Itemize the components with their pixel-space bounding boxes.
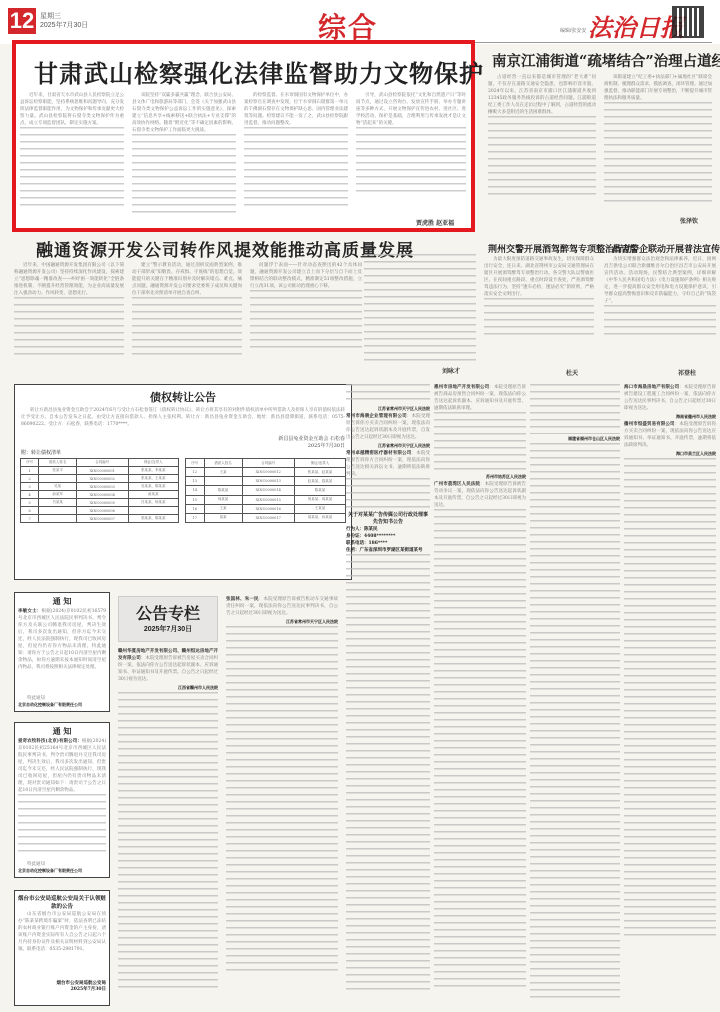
bulletin-col-5: 福建省福州市仓山区人民法院 (530, 384, 620, 1008)
right-top-article-title: 南京江浦街道“疏堵结合”治理占道经营 (492, 50, 720, 71)
lead-article-col-2: 该院坚持“双赢多赢共赢”理念，联合县公安局、县文体广电和旅游局等部门，会签《关于… (132, 92, 236, 228)
right-top-article-col-2: 该街道建立“纪工委+执法部门+属地社区”联席会商机制，梳理群众需求，摸底调查，闭… (604, 74, 712, 214)
table-row: 6XINC0000006 (21, 507, 179, 515)
debt-notice-title: 债权转让公告 (15, 389, 351, 405)
bulletin-col-4: 惠州市房地产开发有限公司：本院受理原告诉被告商品房预售合同纠纷一案，现依法向你公… (434, 384, 526, 1008)
bulletin-title: 公告专栏 (119, 601, 217, 624)
bulletin-col-3: 江苏省常州市天宁区人民法院 常州市海晨企业管理有限公司：本院受理原告诉你方买卖合… (346, 384, 430, 1008)
debt-notice-signature: 新昌县兔业资金互助会 石松春 (15, 435, 351, 442)
changji-article-byline: 祁登柱 (678, 368, 696, 377)
table-row: 17周某XINC0000017周某某、孙某某 (186, 513, 346, 522)
bulletin-col-1: 赣州华夏房地产开发有限公司、赣州恒达房地产开发有限公司：本院受理原告诉被告房屋买… (118, 648, 218, 1008)
mid-left-article-byline: 刘咏才 (442, 366, 460, 375)
debt-table-left: 序号借款人姓名合同编号保证/连带人 1张某平XINC0000001张某某、李某某… (20, 458, 179, 523)
debt-transfer-notice[interactable]: 债权转让公告 转让方新昌县兔业资金互助会于2024年6月与受让方石松春签订《债权… (14, 384, 352, 580)
mid-left-article-title: 融通资源开发公司转作风提效能推动高质量发展 (36, 236, 414, 261)
notice-title: 通 知 (15, 726, 109, 737)
issue-date: 2025年7月30日 (40, 21, 88, 30)
table-row: 1张某平XINC0000001张某某、李某某 (21, 467, 179, 475)
lead-article-col-4: 引导，武山县检察院依托“文化和自然遗产日”等时间节点，通过设立咨询台、发放宣传手… (356, 92, 466, 218)
mid-left-article-col-1: 近年来，中国融通资源开发集团有限公司（以下简称融通资源开发公司）坚持持续深化作风… (14, 262, 124, 380)
debt-notice-body: 转让方新昌县兔业资金互助会于2024年6月与受让方石松春签订《债权转让协议》，转… (15, 405, 351, 435)
debt-notice-date: 2025年7月30日 (15, 442, 351, 449)
bulletin-col-6: 海口市海垦房地产有限公司：本院受理原告诉被告建设工程施工合同纠纷一案，依法向你方… (624, 384, 716, 1008)
lead-article-col-1: 近年来，甘肃省天水市武山县人民检察院立足公益诉讼检察职能，坚持系统思维和问题导向… (20, 92, 124, 228)
table-row: 4俞某军XINC0000004俞某某 (21, 491, 179, 499)
changji-article-body: 为切实增强群众法治观念和法律素养，近日，国网昌吉供电公司联合新疆维吾尔自治区昌吉… (604, 256, 716, 368)
qr-code-icon[interactable] (672, 6, 704, 38)
table-row: 7XINC0000007梁某某、陈某某 (21, 515, 179, 523)
notice-yantai-police[interactable]: 烟台市公安局巡航公安局关于认领赃款的公告 山东省烟台市公安局巡航公安局在侦办“陈… (14, 890, 110, 1006)
table-row: 12王某XINC0000012张某某、赵某某 (186, 468, 346, 477)
table-row: 13XINC0000013赵某某、钱某某 (186, 477, 346, 486)
mid-left-article-col-3: 问题浮于表面——针对动态查摆出的42个具体问题，融通资源开发公司建立自上而下分层… (250, 262, 362, 380)
bulletin-item[interactable]: 广州市荔湾区人民法院：本院受理原告诉被告劳动争议一案，现依法向你公告送达起诉状副… (434, 481, 526, 509)
mid-left-article[interactable]: 融通资源开发公司转作风提效能推动高质量发展 近年来，中国融通资源开发集团有限公司… (12, 236, 362, 382)
bulletin-header: 公告专栏 2025年7月30日 (118, 596, 218, 642)
admin-notice[interactable]: 关于对某某广告传媒公司行政处理事先告知书公告 行为人：陈某民 身份证：4408*… (346, 512, 430, 554)
notice-title: 烟台市公安局巡航公安局关于认领赃款的公告 (17, 894, 107, 910)
notice-date: 2025年7月30日 (15, 986, 109, 992)
table-row: 3吴某XINC0000003吴某某、陈某某 (21, 483, 179, 491)
lead-article-highlight[interactable]: 甘肃武山检察强化法律监督助力文物保护 近年来，甘肃省天水市武山县人民检察院立足公… (12, 40, 475, 232)
jingzhou-article-byline: 杜天 (566, 368, 578, 377)
bulletin-item[interactable]: 赣州华夏房地产开发有限公司、赣州恒达房地产开发有限公司：本院受理原告诉被告房屋买… (118, 648, 218, 683)
bulletin-col-2: 张国林、朱一民：本院受理原告诉被告机动车交通事故责任纠纷一案，现依法向你公告送达… (226, 596, 338, 1008)
bulletin-item[interactable]: 张国林、朱一民：本院受理原告诉被告机动车交通事故责任纠纷一案，现依法向你公告送达… (226, 596, 338, 617)
bulletin-item[interactable]: 常州市海晨企业管理有限公司：本院受理原告诉你方买卖合同纠纷一案，现依法向你公告送… (346, 413, 430, 441)
lead-article-col-3: 的检察监督。在水帘洞国有文物保护单位中，办案检察官在调查中发现，位于水帘洞石窟群… (244, 92, 348, 228)
right-top-article-col-1: 占道经营一直以来都是城市管理的“老大难”问题，不仅存在道路交通安全隐患，也影响市… (488, 74, 596, 224)
notice-aiqi-nongmu[interactable]: 通 知 爱奇农牧科技(北京)有限公司：根据(2024)京0102民初25164号… (14, 722, 110, 878)
right-top-article-byline: 张泽钦 (680, 216, 698, 225)
weekday: 星期三 (40, 12, 88, 21)
jingzhou-article-title: 荆州交警开展酒驾醉驾专项整治行动 (488, 242, 632, 255)
jingzhou-article-body: 为最大限度预防道路交通事故发生，切实保障群众出行安全，连日来，湖北省荆州市公安局… (484, 256, 594, 368)
lead-article-title: 甘肃武山检察强化法律监督助力文物保护 (34, 54, 484, 89)
mid-left-article-col-4 (364, 254, 476, 364)
editor-credit: 编辑/张安安 (560, 27, 586, 34)
bulletin-item[interactable]: 常州卓越精密医疗器材有限公司：本院受理原告诉你方合同纠纷一案，现依法向你公告送达… (346, 450, 430, 478)
notice-li-min[interactable]: 通 知 李敏女士：根据(2024)京0102民初16579号北京市西城区人民法院… (14, 592, 110, 712)
notice-signer: 北京自动化控制设备厂有限责任公司 (15, 702, 109, 708)
page-number: 12 (8, 8, 36, 34)
right-top-article[interactable]: 南京江浦街道“疏堵结合”治理占道经营 占道经营一直以来都是城市管理的“老大难”问… (484, 44, 714, 230)
bulletin-item[interactable]: 惠州市房地产开发有限公司：本院受理原告诉被告商品房预售合同纠纷一案，现依法向你公… (434, 384, 526, 412)
bulletin-item[interactable]: 儋州市恒盛贸易有限公司：本院受理原告诉你方买卖合同纠纷一案，现依法向你公告送达应… (624, 421, 716, 449)
bulletin-date: 2025年7月30日 (119, 624, 217, 634)
lead-article-byline: 贾虎胜 赵亚福 (416, 218, 454, 227)
bulletin-item[interactable]: 海口市海垦房地产有限公司：本院受理原告诉被告建设工程施工合同纠纷一案，依法向你方… (624, 384, 716, 412)
issue-info: 星期三 2025年7月30日 (40, 12, 88, 30)
table-row: 16王某XINC0000016王某某 (186, 504, 346, 513)
notice-title: 通 知 (15, 596, 109, 607)
newspaper-logo: 法治日报 (588, 8, 684, 43)
mid-left-article-col-2: 建立“警示教育活动，通过剖析反面典型案例，推动干部形成“知敬畏、存戒惧、守底线”… (132, 262, 242, 380)
debt-tables: 序号借款人姓名合同编号保证/连带人 1张某平XINC0000001张某某、李某某… (15, 456, 351, 525)
table-row: 14陈某某XINC0000014陈某某 (186, 486, 346, 495)
debt-table-right: 序号借款人姓名合同编号保证/连带人 12王某XINC0000012张某某、赵某某… (185, 458, 346, 523)
table-row: 15何某某XINC0000015何某某、周某某 (186, 495, 346, 504)
attachment-title: 附：转让债权清单 (15, 449, 351, 456)
notice-signer: 北京自动化控制设备厂有限责任公司 (15, 868, 109, 874)
masthead: 12 星期三 2025年7月30日 综合 编辑/张安安 法治日报 (0, 0, 720, 44)
changji-article-title: 昌吉警企联动开展普法宣传活动 (612, 242, 720, 255)
table-row: 5吕某某XINC0000005吕某某、杨某某 (21, 499, 179, 507)
table-row: 2XINC0000002张某某、王某某 (21, 475, 179, 483)
